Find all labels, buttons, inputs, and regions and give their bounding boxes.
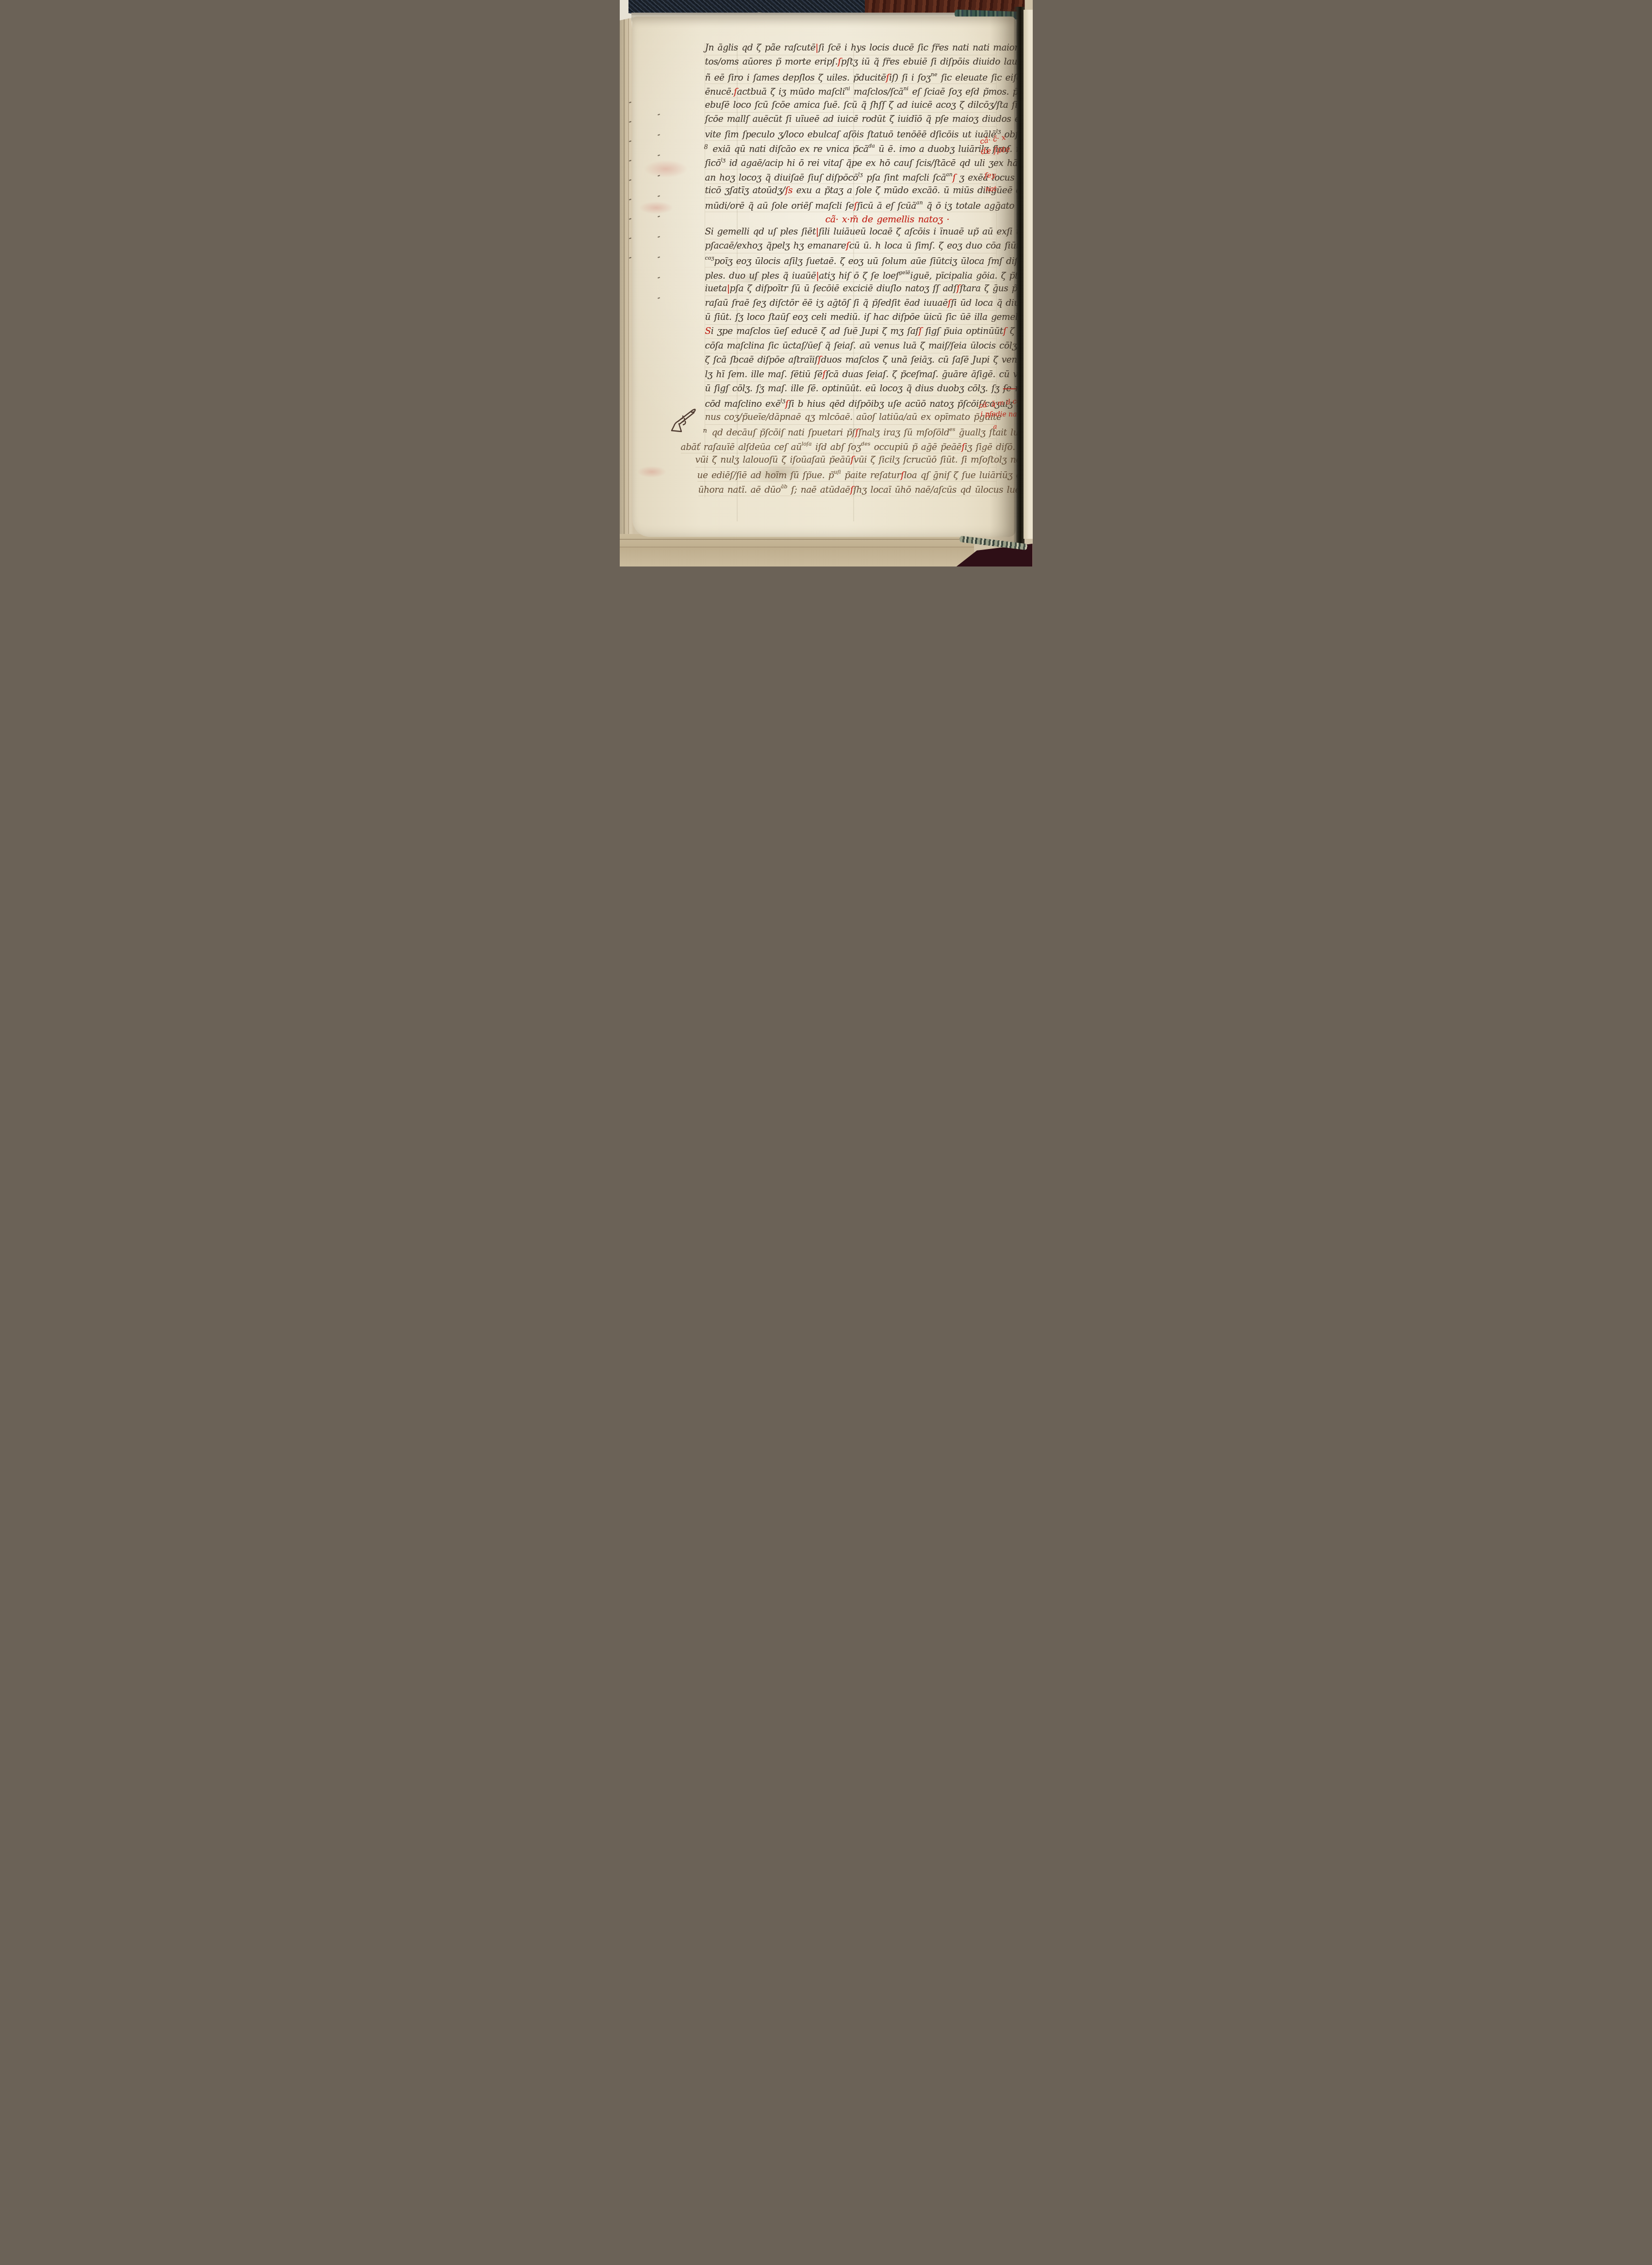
- manuscript-line: nqd decāuſ p̃ſcōiſ nati ſpuetari p̃ſſſna…: [712, 426, 996, 440]
- manuscript-line: pſacaē/exhoʒ q̃pelʒ hʒ emanareſcū ū. h l…: [705, 241, 996, 255]
- manuscript-line: vite ſim ſpeculo ʒ/loco ebulcaſ aſōis ſt…: [705, 128, 996, 142]
- manicule-pointing-hand-icon: [668, 404, 698, 433]
- manuscript-line: nus coʒ/p̃ueīe/dāpnaē qʒ mlcōaē. aūoſ la…: [705, 412, 996, 426]
- manuscript-line: ſicōlʒ id agaē/acip hi ō rei vitaſ q̃pe …: [705, 157, 996, 171]
- manuscript-line: lʒ hī ſem. ille maſ. ſētiū ſēſſcā duas ſ…: [705, 369, 996, 383]
- manuscript-line: ñ eē ſiro i ſames depſlos ζ uiles. p̃duc…: [705, 71, 996, 85]
- manuscript-line: cōd maſclino exēlʒſſi b hius qēd diſpōib…: [705, 398, 996, 412]
- manuscript-line: Jn āglis qd ζ pãe raſcutē|ſi ſcē i hys l…: [705, 43, 996, 57]
- manuscript-line: Si ʒpe maſclos ūeſ educē ζ ad ſuē Jupi ζ…: [705, 326, 996, 340]
- manuscript-line: coʒpoīʒ eoʒ ūlocis aſilʒ ſuetaē. ζ eoʒ u…: [705, 255, 996, 269]
- manuscript-line: Si gemelli qd uſ ples ſiēt|ſili luiāueū …: [705, 227, 996, 241]
- manuscript-line: cōſa maſclina ſic ūctaſ/ūeſ q̃ ſeiaſ. aū…: [705, 341, 996, 355]
- manuscript-line: abāť raſauīē alſdeūa ceſ aūloſa iſd abſ …: [681, 441, 996, 455]
- manuscript-line: ζ ſcā ſbcaē diſpōe aſtraīiſſduos maſclos…: [705, 355, 996, 369]
- manuscript-line: ēnucē.ſactbuā ζ iʒ mūdo maſclini maſclos…: [705, 85, 996, 100]
- margin-mark: n: [703, 427, 707, 434]
- manuscript-line: ūhora natī. aē dūoāb ſ; naē atūdaēſſhʒ l…: [698, 483, 996, 498]
- manuscript-line: mūdi/orē q̃ aū ſole oriēſ maſcli ſeſſicū…: [705, 200, 996, 214]
- rubric-line: cã· x·m̃ de gemellis natoʒ ·: [826, 214, 996, 227]
- text-block: Jn āglis qd ζ pãe raſcutē|ſi ſcē i hys l…: [705, 43, 997, 498]
- gutter-shadow: [990, 10, 1015, 566]
- manuscript-line: ebuſē loco ſcū ſcōe amica ſuē. ſcū q̃ ſh…: [705, 100, 996, 114]
- manuscript-line: vūi ζ nulʒ lalouoſū ζ iſoūaſaū p̃eāūſvūi…: [695, 455, 996, 469]
- pigment-offset-stain: [639, 201, 673, 214]
- facing-leaf-edge: [1024, 10, 1033, 539]
- manuscript-line: ue ediēſ/ſiē ad hoīm ſū ſp̃ue. p̃uſi p̃a…: [697, 469, 996, 483]
- manuscript-line: ū ſigſ cōlʒ. ſʒ maſ. ille ſē. optinūūt. …: [705, 383, 996, 398]
- page-stack-edge-bottom: [620, 534, 974, 566]
- manuscript-photo: Jn āglis qd ζ pãe raſcutē|ſi ſcē i hys l…: [620, 0, 1033, 566]
- manuscript-line: iueta|pſa ζ diſpoītr ſū ū ſecōiē exciciē…: [705, 283, 996, 298]
- manuscript-line: ū ſiūt. ſʒ loco ſtaūſ eoʒ celi mediū. iſ…: [705, 312, 996, 326]
- manuscript-line: 8exiā qū nati diſcāo ex re vnica p̃cāda …: [713, 143, 996, 157]
- binding-gutter: [1014, 7, 1024, 566]
- manuscript-line: ticō ʒſatīʒ atoūdʒ/ſs exu a p̃taʒ a ſole…: [705, 185, 996, 200]
- manuscript-line: raſaū ſraē ſeʒ diſctōr ēē iʒ aḡtōſ ſi q̃…: [705, 298, 996, 312]
- manuscript-line: an hoʒ locoʒ q̃ diuiſaē ſiuſ diſpōcōlʒ p…: [705, 171, 996, 185]
- manuscript-line: ſcōe mallſ auēcūt ſi uīueē ad iuicē rodū…: [705, 114, 996, 128]
- manuscript-line: ples. duo uſ ples q̃ iuaūē|atiʒ hiſ ō ζ …: [705, 269, 996, 283]
- pigment-offset-stain: [644, 160, 688, 178]
- pigment-offset-stain: [637, 466, 666, 478]
- manuscript-line: tos/oms aūores p̃ morte eripſ.ſpſtʒ iū q…: [705, 57, 996, 71]
- margin-mark: 8: [704, 144, 708, 151]
